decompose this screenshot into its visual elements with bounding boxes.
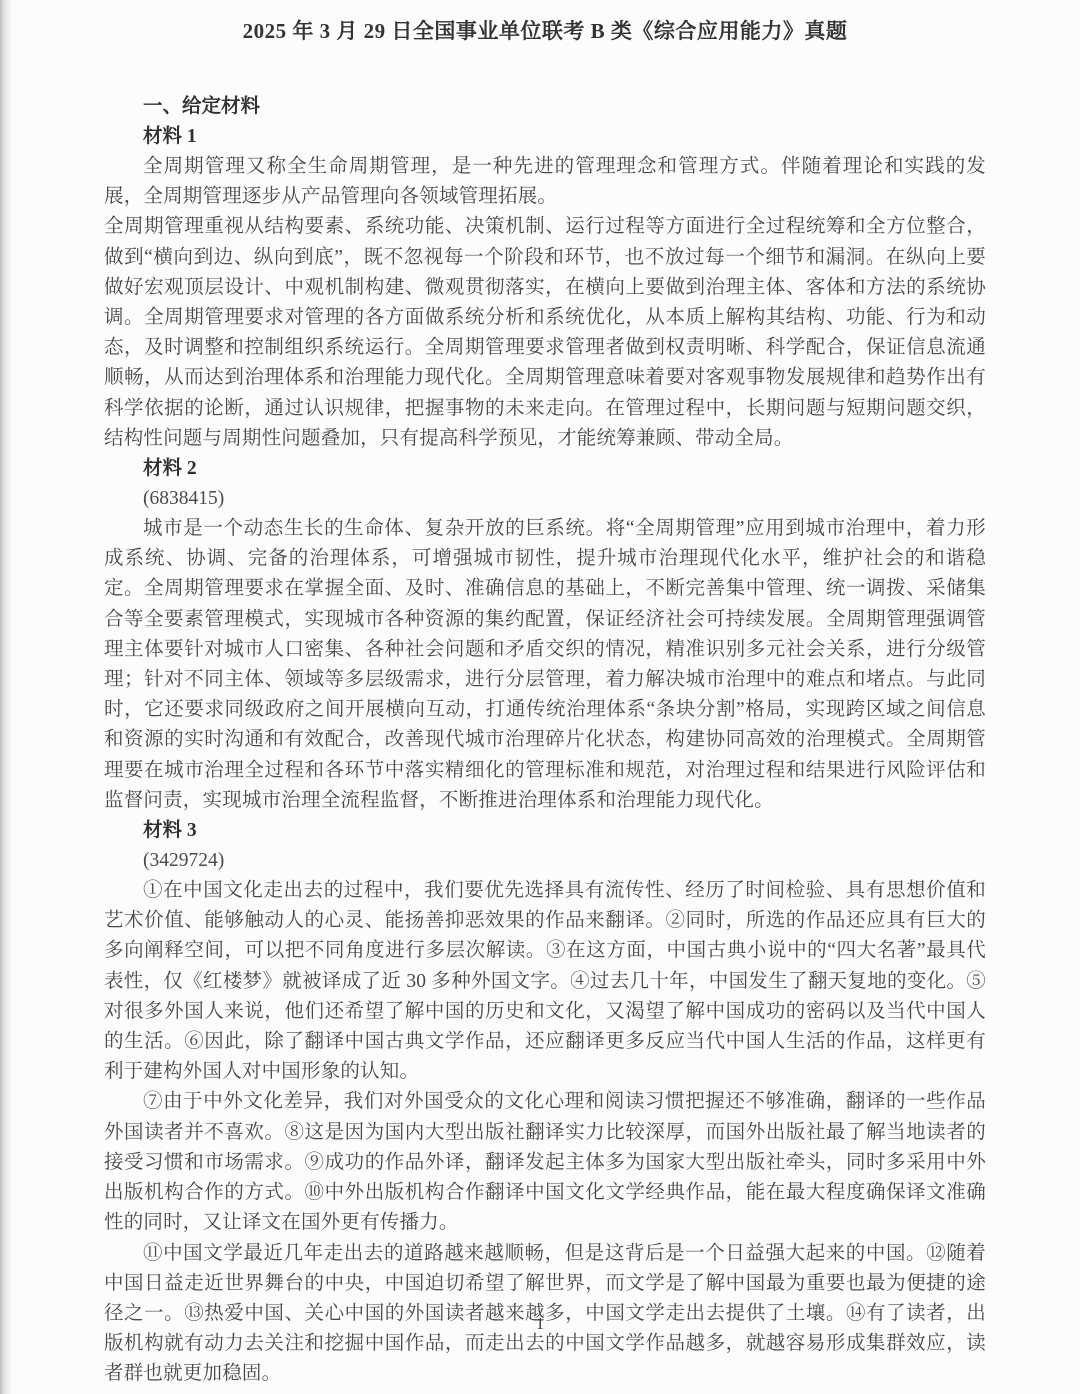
material-paragraph: ⑦由于中外文化差异，我们对外国受众的文化心理和阅读习惯把握还不够准确，翻译的一些… xyxy=(104,1087,986,1238)
material-paragraphs: 全周期管理又称全生命周期管理，是一种先进的管理理念和管理方式。伴随着理论和实践的… xyxy=(104,152,986,454)
material-paragraph: ①在中国文化走出去的过程中，我们要优先选择具有流传性、经历了时间检验、具有思想价… xyxy=(104,876,986,1087)
page-number: 1 xyxy=(0,1314,1080,1334)
document-body: 2025 年 3 月 29 日全国事业单位联考 B 类《综合应用能力》真题 一、… xyxy=(0,0,1080,1390)
material-label: 材料 3 xyxy=(104,816,986,846)
material-section: 材料 2 (6838415) 城市是一个动态生长的生命体、复杂开放的巨系统。将“… xyxy=(104,454,986,816)
material-label: 材料 2 xyxy=(104,454,986,484)
materials: 材料 1 全周期管理又称全生命周期管理，是一种先进的管理理念和管理方式。伴随着理… xyxy=(104,122,986,1390)
section-heading-given-materials: 一、给定材料 xyxy=(104,92,986,122)
material-section: 材料 1 全周期管理又称全生命周期管理，是一种先进的管理理念和管理方式。伴随着理… xyxy=(104,122,986,454)
material-label: 材料 1 xyxy=(104,122,986,152)
document-page: 2025 年 3 月 29 日全国事业单位联考 B 类《综合应用能力》真题 一、… xyxy=(0,0,1080,1394)
document-title: 2025 年 3 月 29 日全国事业单位联考 B 类《综合应用能力》真题 xyxy=(104,16,986,46)
material-section: 材料 3 (3429724) ①在中国文化走出去的过程中，我们要优先选择具有流传… xyxy=(104,816,986,1389)
material-id: (3429724) xyxy=(104,846,986,876)
material-id: (6838415) xyxy=(104,484,986,514)
material-paragraphs: ①在中国文化走出去的过程中，我们要优先选择具有流传性、经历了时间检验、具有思想价… xyxy=(104,876,986,1389)
material-paragraph: 城市是一个动态生长的生命体、复杂开放的巨系统。将“全周期管理”应用到城市治理中，… xyxy=(104,514,986,816)
material-paragraph: 全周期管理重视从结构要素、系统功能、决策机制、运行过程等方面进行全过程统筹和全方… xyxy=(104,212,986,454)
material-paragraphs: 城市是一个动态生长的生命体、复杂开放的巨系统。将“全周期管理”应用到城市治理中，… xyxy=(104,514,986,816)
material-paragraph: 全周期管理又称全生命周期管理，是一种先进的管理理念和管理方式。伴随着理论和实践的… xyxy=(104,152,986,212)
